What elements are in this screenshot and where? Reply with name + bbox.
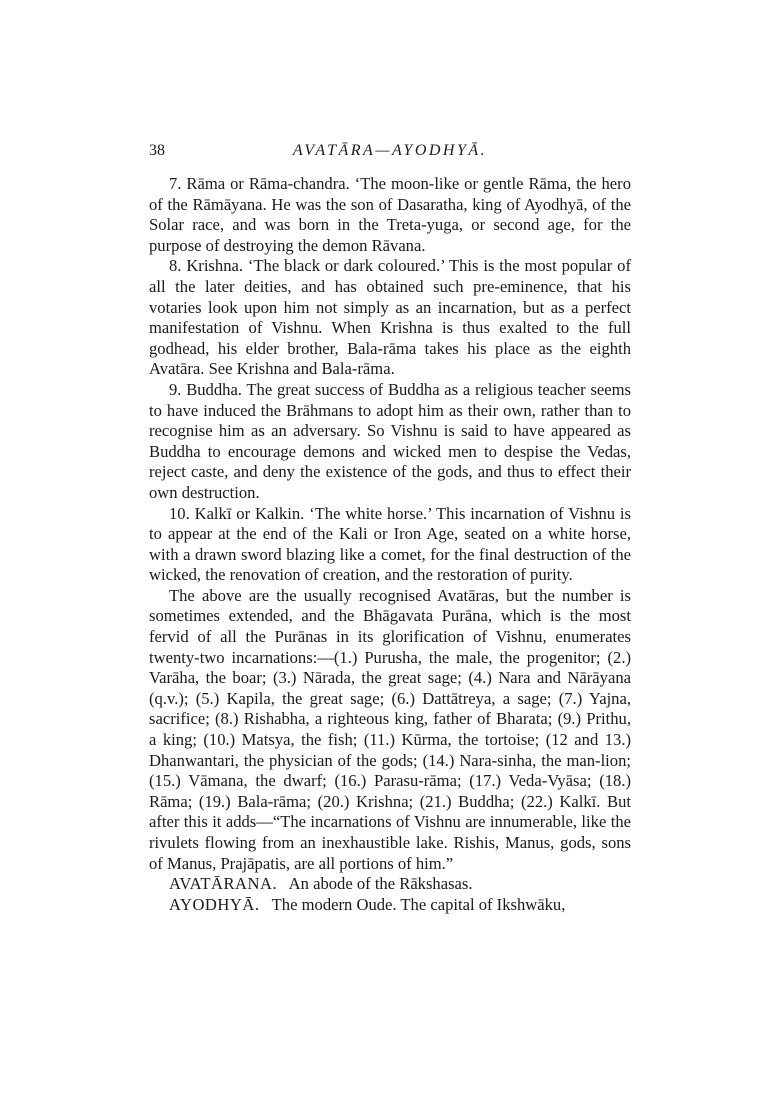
book-page: 38 AVATĀRA—AYODHYĀ. 7. Rāma or Rāma-chan… bbox=[149, 142, 631, 915]
headword-ayodhya: AYODHYĀ. bbox=[169, 895, 260, 914]
paragraph-bhagavata-list: The above are the usually recognised Ava… bbox=[149, 586, 631, 874]
headword-avatarana: AVATĀRANA. bbox=[169, 874, 277, 893]
paragraph-krishna: 8. Krishna. ‘The black or dark coloured.… bbox=[149, 256, 631, 380]
running-head-title: AVATĀRA—AYODHYĀ. bbox=[149, 142, 631, 160]
definition-ayodhya: The modern Oude. The capital of Ikshwāku… bbox=[272, 895, 566, 914]
body-text: 7. Rāma or Rāma-chandra. ‘The moon-like … bbox=[149, 174, 631, 915]
paragraph-kalki: 10. Kalkī or Kalkin. ‘The white horse.’ … bbox=[149, 504, 631, 586]
entry-avatarana: AVATĀRANA. An abode of the Rākshasas. bbox=[149, 874, 631, 895]
paragraph-rama: 7. Rāma or Rāma-chandra. ‘The moon-like … bbox=[149, 174, 631, 256]
running-head: 38 AVATĀRA—AYODHYĀ. bbox=[149, 142, 631, 166]
paragraph-buddha: 9. Buddha. The great success of Buddha a… bbox=[149, 380, 631, 504]
entry-ayodhya: AYODHYĀ. The modern Oude. The capital of… bbox=[149, 895, 631, 916]
definition-avatarana: An abode of the Rākshasas. bbox=[289, 874, 473, 893]
